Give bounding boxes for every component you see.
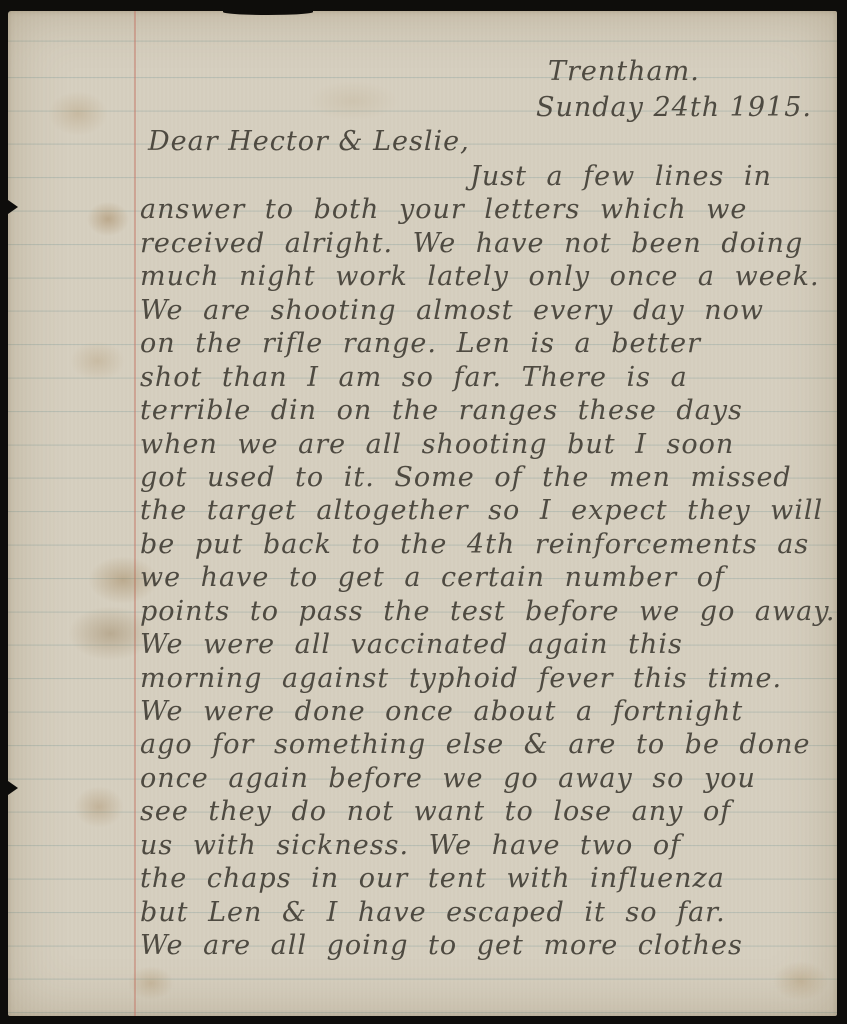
letter-line: be put back to the 4th reinforcements as (140, 528, 835, 561)
letter-line: points to pass the test before we go awa… (140, 595, 835, 628)
letter-line: got used to it. Some of the men missed (140, 461, 835, 494)
letter-line: We were all vaccinated again this (140, 628, 835, 661)
letter-salutation: Dear Hector & Leslie, (148, 125, 470, 158)
letter-line: once again before we go away so you (140, 762, 835, 795)
letter-line: see they do not want to lose any of (140, 795, 835, 828)
letter-line: We are shooting almost every day now (140, 294, 835, 327)
letter-line: much night work lately only once a week. (140, 260, 835, 293)
letter-line: ago for something else & are to be done (140, 728, 835, 761)
letter-line: answer to both your letters which we (140, 193, 835, 226)
letter-page: Trentham. Sunday 24th 1915. Dear Hector … (8, 11, 837, 1016)
page-edge-tear (223, 11, 313, 15)
paper-stain (48, 91, 108, 136)
paper-stain (70, 341, 125, 381)
letter-line: We are all going to get more clothes (140, 929, 835, 962)
letter-line: received alright. We have not been doing (140, 227, 835, 260)
letter-location: Trentham. (548, 55, 700, 88)
letter-line: on the rifle range. Len is a better (140, 327, 835, 360)
letter-line: terrible din on the ranges these days (140, 394, 835, 427)
letter-line: We were done once about a fortnight (140, 695, 835, 728)
letter-line: Just a few lines in (140, 160, 835, 193)
page-edge-tear (8, 200, 18, 214)
page-edge-tear (8, 781, 18, 795)
letter-line: but Len & I have escaped it so far. (140, 896, 835, 929)
letter-line: the chaps in our tent with influenza (140, 862, 835, 895)
letter-line: the target altogether so I expect they w… (140, 494, 835, 527)
letter-line: shot than I am so far. There is a (140, 361, 835, 394)
letter-line: morning against typhoid fever this time. (140, 662, 835, 695)
paper-stain (773, 961, 828, 1001)
letter-date: Sunday 24th 1915. (536, 91, 812, 124)
scan-background: Trentham. Sunday 24th 1915. Dear Hector … (0, 0, 847, 1024)
letter-line: us with sickness. We have two of (140, 829, 835, 862)
paper-stain (86, 201, 130, 237)
letter-line: we have to get a certain number of (140, 561, 835, 594)
paper-stain (74, 786, 124, 828)
margin-line (134, 11, 136, 1016)
paper-stain (308, 81, 398, 121)
letter-body: Just a few lines in answer to both your … (140, 160, 835, 963)
letter-line: when we are all shooting but I soon (140, 428, 835, 461)
